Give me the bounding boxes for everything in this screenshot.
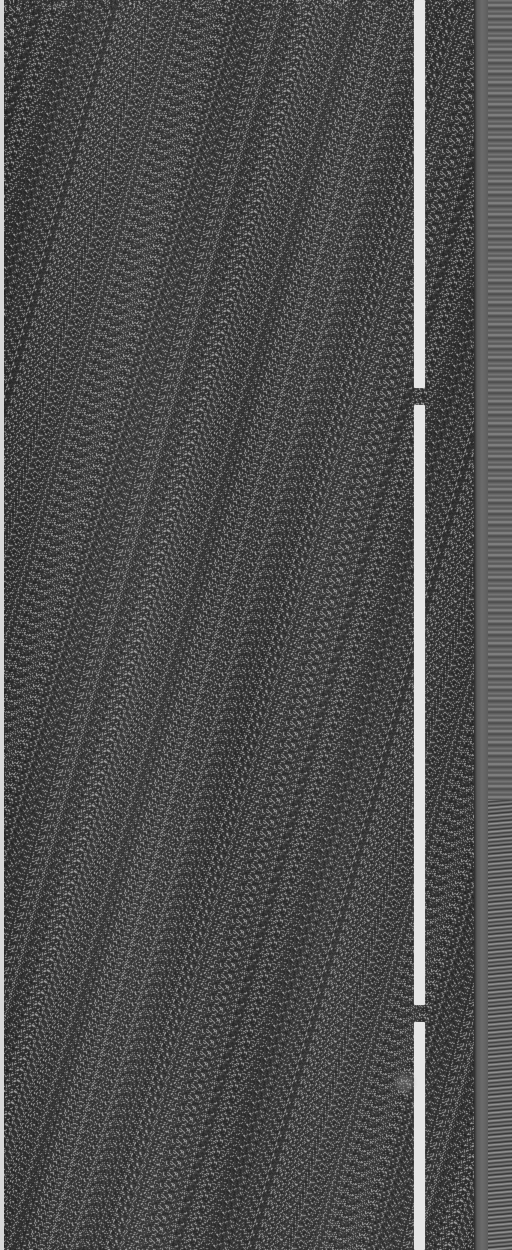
- left-edge-line: [0, 0, 4, 1250]
- lane-dash: [414, 0, 425, 388]
- road-scene: [0, 0, 512, 1250]
- lane-dash: [414, 405, 425, 1005]
- roadside-shoulder-textured: [488, 800, 512, 1250]
- asphalt-texture: [0, 0, 476, 1250]
- road-stain: [396, 1074, 414, 1092]
- lane-dash: [414, 1022, 425, 1250]
- curb: [474, 0, 488, 1250]
